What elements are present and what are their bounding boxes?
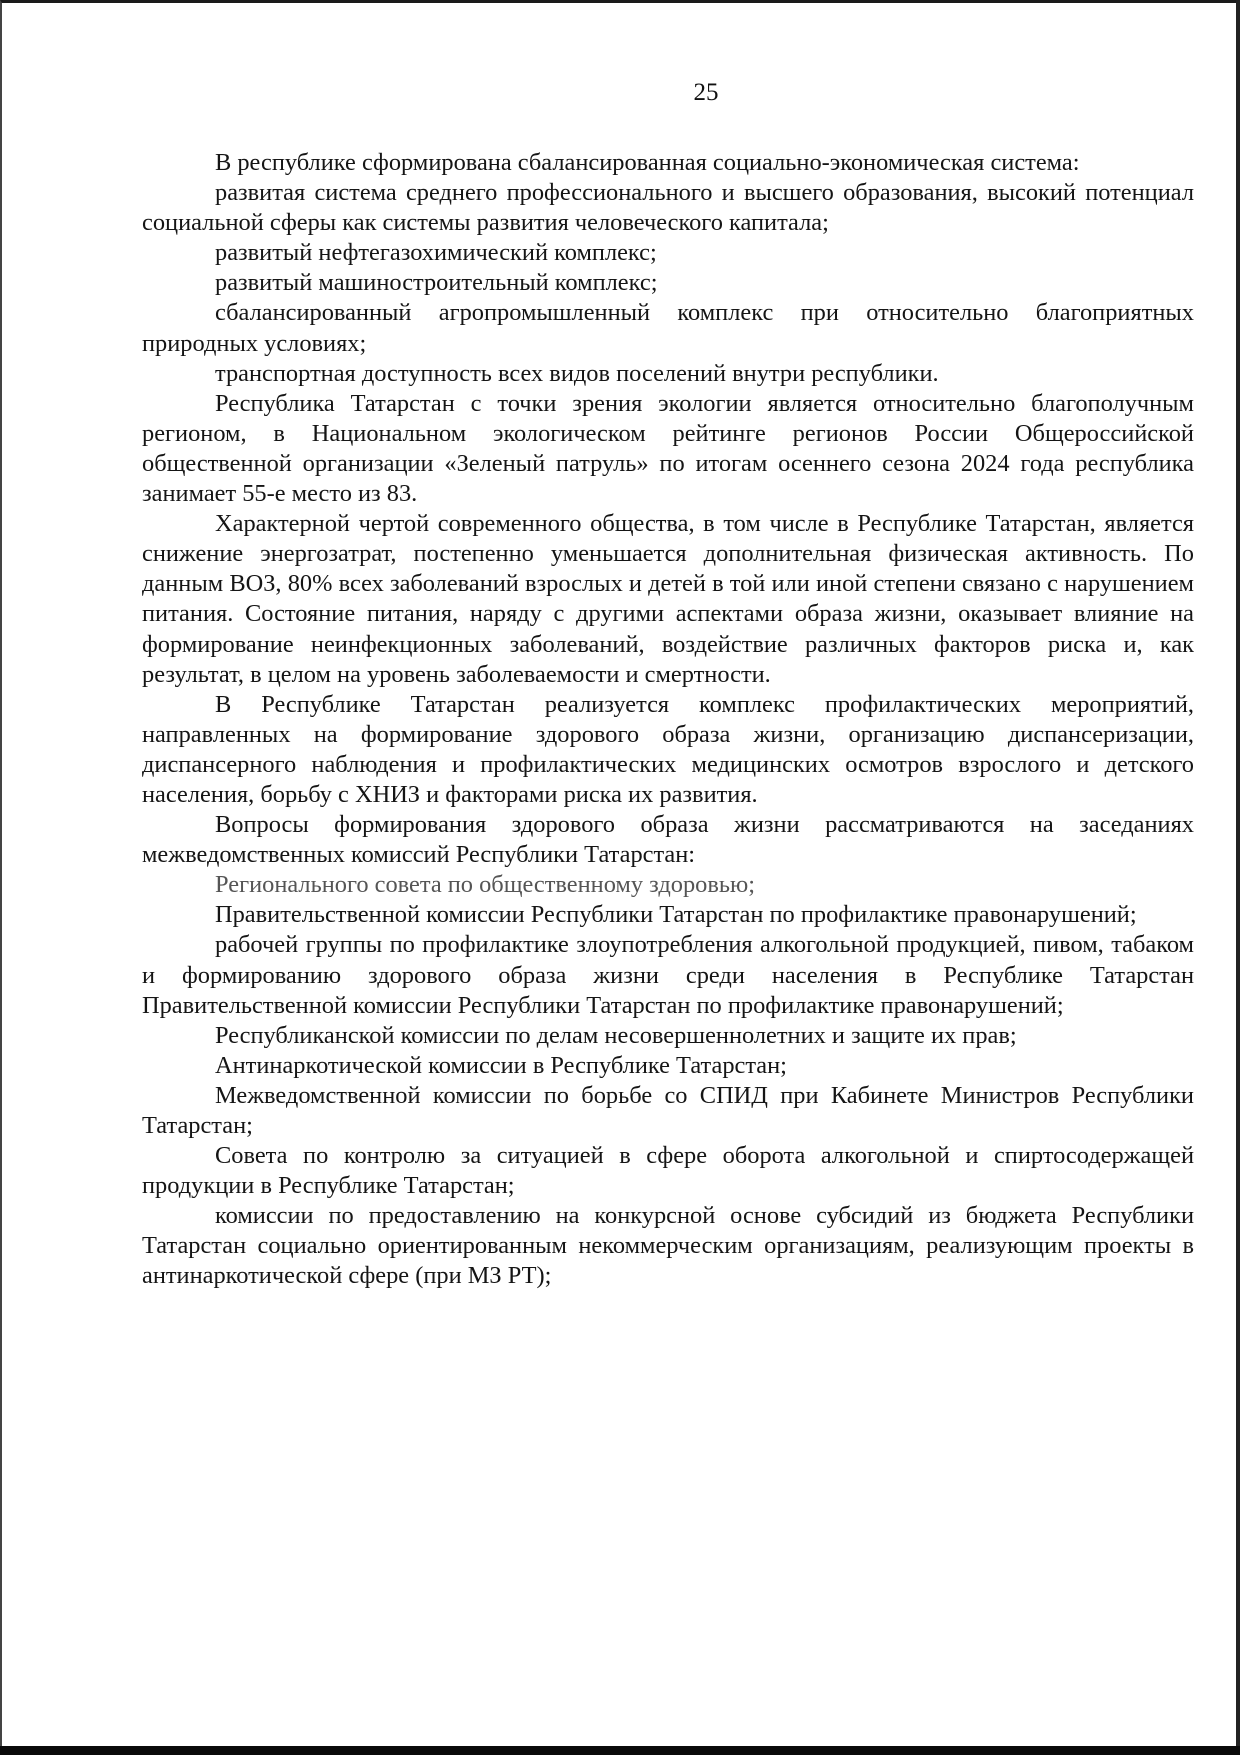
- list-item-minors-commission: Республиканской комиссии по делам несове…: [142, 1021, 1194, 1051]
- list-item-petrochemical: развитый нефтегазохимический комплекс;: [142, 238, 1194, 268]
- list-item-subsidies-commission: комиссии по предоставлению на конкурсной…: [142, 1201, 1194, 1291]
- paragraph-ecology: Республика Татарстан с точки зрения экол…: [142, 389, 1194, 509]
- list-item-antidrug-commission: Антинаркотической комиссии в Республике …: [142, 1051, 1194, 1081]
- paragraph-intro: В республике сформирована сбалансированн…: [142, 148, 1194, 178]
- scan-edge-bottom: [0, 1746, 1240, 1755]
- page-number: 25: [2, 79, 1240, 107]
- list-item-aids-commission: Межведомственной комиссии по борьбе со С…: [142, 1081, 1194, 1141]
- list-item-working-group: рабочей группы по профилактике злоупотре…: [142, 930, 1194, 1020]
- scan-edge-right: [1236, 0, 1240, 1755]
- list-item-education: развитая система среднего профессиональн…: [142, 178, 1194, 238]
- paragraph-prevention: В Республике Татарстан реализуется компл…: [142, 690, 1194, 810]
- document-page: 25 В республике сформирована сбалансиров…: [0, 0, 1240, 1755]
- list-item-agro: сбалансированный агропромышленный компле…: [142, 298, 1194, 358]
- list-item-regional-council: Регионального совета по общественному зд…: [142, 870, 1194, 900]
- list-item-alcohol-council: Совета по контролю за ситуацией в сфере …: [142, 1141, 1194, 1201]
- list-item-transport: транспортная доступность всех видов посе…: [142, 359, 1194, 389]
- document-body: В республике сформирована сбалансированн…: [142, 148, 1194, 1292]
- paragraph-nutrition: Характерной чертой современного общества…: [142, 509, 1194, 690]
- paragraph-commissions-intro: Вопросы формирования здорового образа жи…: [142, 810, 1194, 870]
- list-item-government-commission: Правительственной комиссии Республики Та…: [142, 900, 1194, 930]
- list-item-machine-building: развитый машиностроительный комплекс;: [142, 268, 1194, 298]
